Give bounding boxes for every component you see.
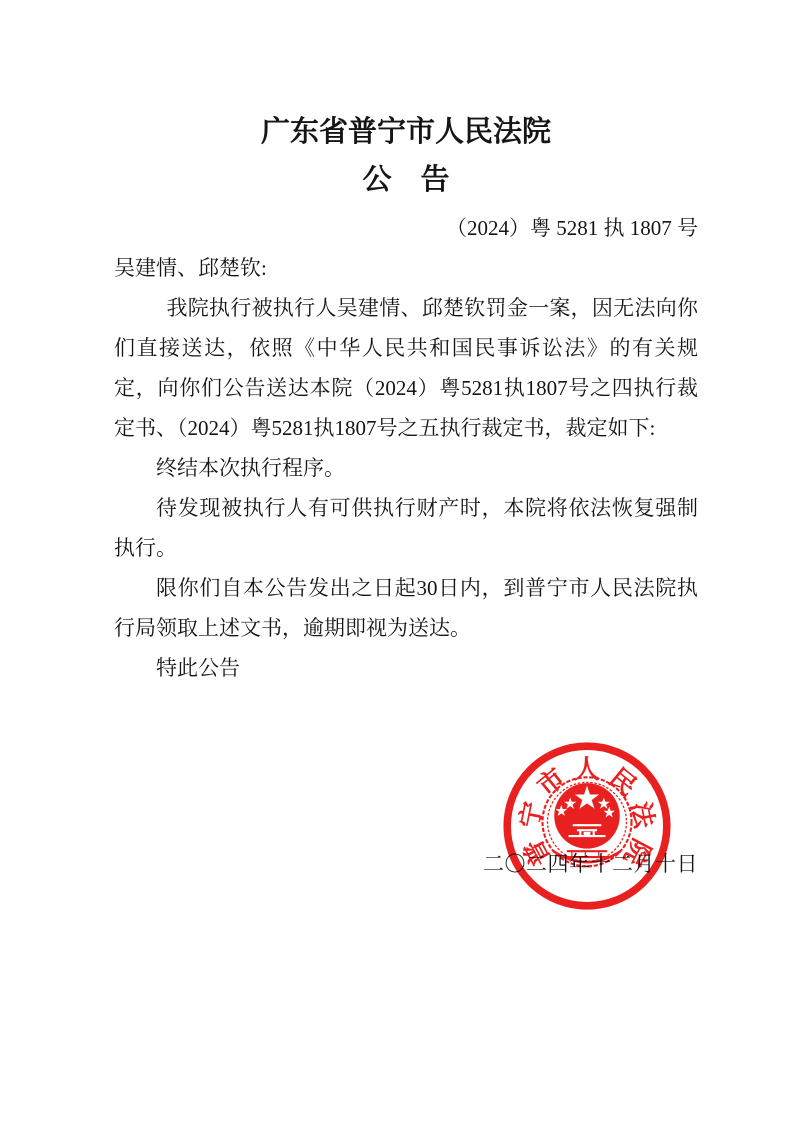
court-title: 广东省普宁市人民法院: [114, 112, 698, 152]
paragraph: 我院执行被执行人吴建情、邱楚钦罚金一案，因无法向你们直接送达，依照《中华人民共和…: [114, 288, 698, 448]
announcement-page: 广东省普宁市人民法院 公 告 （2024）粤 5281 执 1807 号 吴建情…: [0, 0, 793, 1122]
announcement-text: 我院执行被执行人吴建情、邱楚钦罚金一案，因无法向你们直接送达，依照《中华人民共和…: [114, 288, 698, 688]
issue-date: 二〇二四年十二月十日: [114, 844, 698, 884]
closing-phrase: 特此公告: [114, 648, 698, 688]
paragraph: 待发现被执行人有可供执行财产时，本院将依法恢复强制执行。: [114, 488, 698, 568]
addressee-line: 吴建情、邱楚钦:: [114, 248, 698, 288]
document-body: 广东省普宁市人民法院 公 告 （2024）粤 5281 执 1807 号 吴建情…: [114, 112, 698, 884]
paragraph: 限你们自本公告发出之日起30日内，到普宁市人民法院执行局领取上述文书，逾期即视为…: [114, 568, 698, 648]
doc-type-heading: 公 告: [114, 160, 698, 200]
case-number: （2024）粤 5281 执 1807 号: [114, 208, 698, 248]
paragraph: 终结本次执行程序。: [114, 448, 698, 488]
